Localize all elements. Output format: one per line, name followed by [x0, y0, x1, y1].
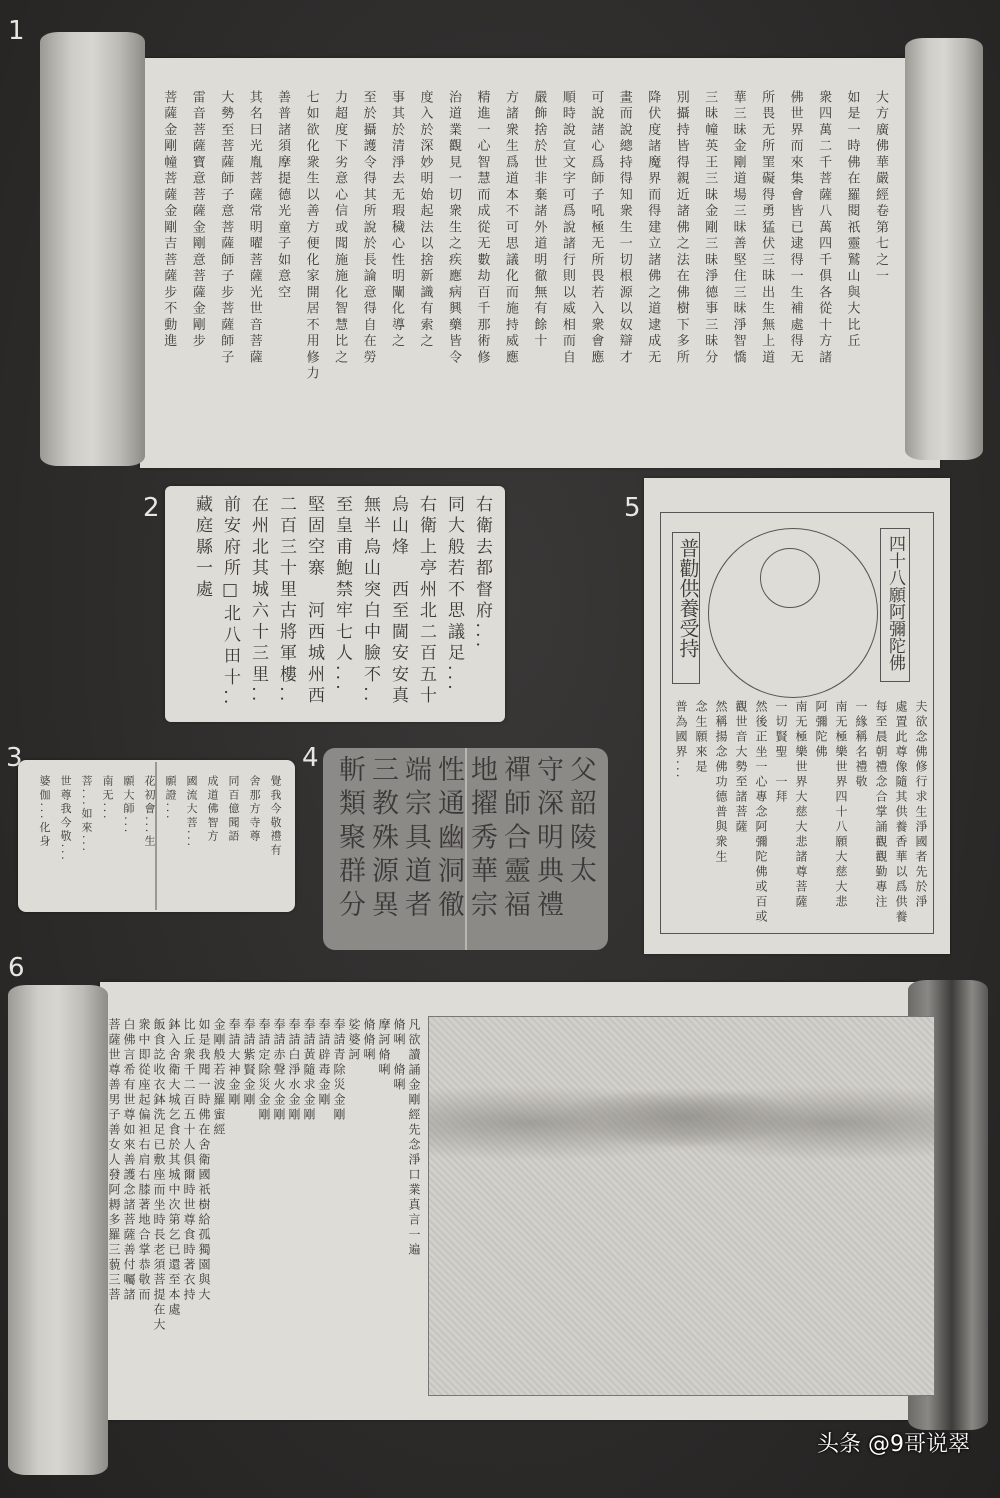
text-column: 世尊我今敬... [52, 775, 73, 900]
text-column: 念生願來是 [690, 700, 710, 925]
text-column: 奉請白淨水金剛 [288, 1018, 303, 1393]
watermark-platform: 头条 [817, 1432, 861, 1457]
watermark-handle: @9哥说翠 [868, 1432, 970, 1457]
text-column: 金剛般若波羅蜜經 [213, 1018, 228, 1393]
text-column: 願證... [157, 775, 178, 900]
text-column: 端宗具道者 [402, 755, 435, 940]
text-column: 大方廣佛華嚴經卷第七之一 [862, 90, 890, 430]
text-column: 如是一時佛在羅閱祇靈鷲山與大比丘 [833, 90, 861, 430]
text-column: 覺我今敬禮有 [262, 775, 283, 900]
scroll-1-text: 大方廣佛華嚴經卷第七之一如是一時佛在羅閱祇靈鷲山與大比丘衆四萬二千菩薩八萬四千俱… [150, 90, 890, 430]
scroll-1-right-roller [905, 38, 983, 460]
scroll-6-left-roller [8, 985, 108, 1475]
text-column: 可說諸心爲師子吼極无所畏若入衆會應 [577, 90, 605, 430]
text-column: 菩...如來... [73, 775, 94, 900]
text-column: 嚴飾捨於世非棄諸外道明徹無有餘十 [520, 90, 548, 430]
text-column: 華三昧金剛道場三昧善堅住三昧淨智憍 [719, 90, 747, 430]
text-column: 如是我聞一時佛在舍衛國祇樹給孤獨園與大 [198, 1018, 213, 1393]
specimen-number-4: 4 [302, 745, 319, 771]
text-column: 性通幽洞徹 [435, 755, 468, 940]
text-column: 藏庭縣一處 [187, 495, 215, 705]
specimen-number-5: 5 [624, 495, 641, 521]
scroll-1-left-roller [40, 32, 145, 466]
text-column: 一切賢聖 一拜 [770, 700, 790, 925]
text-column: 南无極樂世界大慈大悲諸尊菩薩 [790, 700, 810, 925]
text-column: 所畏无所罣礙得勇猛伏三昧出生無上道 [748, 90, 776, 430]
text-column: 前安府所□北八田十... [215, 495, 243, 705]
text-column: 衆中即從座起偏袒右肩右膝著地合掌恭敬而 [138, 1018, 153, 1393]
text-column: 衆四萬二千菩薩八萬四千俱各從十方諸 [805, 90, 833, 430]
watermark: 头条 @9哥说翠 [817, 1427, 970, 1458]
text-column: 烏山烽 西至閫安安真 [383, 495, 411, 705]
text-column: 然後正坐一心專念阿彌陀佛或百或千 [750, 700, 770, 925]
text-column: 奉請紫賢金剛 [243, 1018, 258, 1393]
text-column: 菩薩世尊善男子善女人發阿耨多羅三藐三菩 [108, 1018, 123, 1393]
text-column: 守深明典禮 [534, 755, 567, 940]
leaf-2-text: 右衛去都督府...同大般若不思議足...右衛上亭州北二百五十里烏山烽 西至閫安安… [180, 495, 495, 705]
text-column: 至皇甫鮑禁牢七人... [327, 495, 355, 705]
text-column: 菩薩金剛幢菩薩金剛吉菩薩步不動進 [150, 90, 178, 430]
text-column: 同大般若不思議足... [439, 495, 467, 705]
text-column: 畫而說總持得知衆生一切根源以奴辯才 [605, 90, 633, 430]
specimen-number-2: 2 [143, 495, 160, 521]
text-column: 南无... [94, 775, 115, 900]
text-column: 凡欲讀誦金剛經先念淨口業真言一遍 [408, 1018, 423, 1393]
text-column: 摩訶脩唎 [378, 1018, 393, 1393]
specimen-number-6: 6 [8, 955, 25, 981]
frontispiece-illustration [428, 1016, 935, 1396]
text-column: 普為國界... [670, 700, 690, 925]
text-column: 脩脩唎 [363, 1018, 378, 1393]
text-column: 七如欲化衆生以善方便化家開居不用修力 [292, 90, 320, 430]
text-column: 奉請辟毒金剛 [318, 1018, 333, 1393]
text-column: 地擢秀華宗 [468, 755, 501, 940]
buddha-halo [760, 548, 820, 608]
text-column: 觀世音大勢至諸菩薩 [730, 700, 750, 925]
text-column: 二百三十里古將軍樓... [271, 495, 299, 705]
text-column: 處置此尊像隨其供養香華以爲供養 [890, 700, 910, 925]
text-column: 三昧幢英王三昧金剛三昧淨德事三昧分 [691, 90, 719, 430]
text-column: 婆伽...化身 [31, 775, 52, 900]
text-column: 佛世界而來集會皆已逮得一生補處得无 [776, 90, 804, 430]
text-column: 鉢入舍衛大城乞食於其城中次第乞已還至本處 [168, 1018, 183, 1393]
text-column: 其名曰光胤菩薩常明曜菩薩光世音菩薩 [235, 90, 263, 430]
text-column: 奉請定除災金剛 [258, 1018, 273, 1393]
text-column: 精進一心智慧而成從无數劫百千那術修 [463, 90, 491, 430]
text-column: 一緣稱名禮敬 [850, 700, 870, 925]
text-column: 治道業觀見一切衆生之疾應病興藥皆令 [435, 90, 463, 430]
text-column: 南无極樂世界四十八願大慈大悲 [830, 700, 850, 925]
text-column: 成道佛智方 [199, 775, 220, 900]
text-column: 善普諸須摩提德光童子如意空 [264, 90, 292, 430]
scroll-6-text: 凡欲讀誦金剛經先念淨口業真言一遍脩唎 脩唎摩訶脩唎脩脩唎娑婆訶奉請青除災金剛奉請… [108, 1018, 423, 1393]
text-column: 國流大菩... [178, 775, 199, 900]
text-column: 奉請赤聲火金剛 [273, 1018, 288, 1393]
text-column: 斬類聚群分 [336, 755, 369, 940]
text-column: 比丘衆千二百五十人俱爾時世尊食時著衣持 [183, 1018, 198, 1393]
text-column: 度入於深妙明始起法以捨新識有索之 [406, 90, 434, 430]
text-column: 右衛上亭州北二百五十里 [411, 495, 439, 705]
text-column: 白佛言希有世尊如來善護念諸菩薩善付囑諸 [123, 1018, 138, 1393]
text-column: 舍那方寺尊 [241, 775, 262, 900]
text-column: 同百億聞語 [220, 775, 241, 900]
text-column: 方諸衆生爲道本不可思議化而施持威應 [491, 90, 519, 430]
text-column: 然稱揚念佛功德普與衆生 [710, 700, 730, 925]
text-column: 娑婆訶 [348, 1018, 363, 1393]
text-column: 每至晨朝禮念合掌誦觀觀勤專注 [870, 700, 890, 925]
text-column: 三教殊源異 [369, 755, 402, 940]
leaf-3-text: 覺我今敬禮有舍那方寺尊同百億聞語成道佛智方國流大菩...願證...花初會...生… [28, 775, 283, 900]
text-column: 在州北其城六十三里... [243, 495, 271, 705]
text-column: 事其於清淨去无瑕穢心性明闡化導之 [378, 90, 406, 430]
text-column: 別攝持皆得親近諸佛之法在佛樹下多所 [662, 90, 690, 430]
text-column: 大勢至菩薩師子意菩薩師子步菩薩師子 [207, 90, 235, 430]
text-column: 阿彌陀佛 [810, 700, 830, 925]
text-column: 降伏度諸魔界而得建立諸佛之道逮成无 [634, 90, 662, 430]
text-column: 父韶陵太 [567, 755, 600, 940]
text-column: 花初會...生 [136, 775, 157, 900]
text-column: 力超度下劣意心信或聞施施化智慧比之 [321, 90, 349, 430]
text-column: 至於攝護令得其所說於長論意得自在勞 [349, 90, 377, 430]
text-column: 右衛去都督府... [467, 495, 495, 705]
text-column: 奉請青除災金剛 [333, 1018, 348, 1393]
print-5-side-title-left: 普勸供養受持 [674, 538, 703, 683]
text-column: 堅固空寨 河西城州西北 [299, 495, 327, 705]
specimen-number-1: 1 [8, 18, 25, 44]
text-column: 奉請黃隨求金剛 [303, 1018, 318, 1393]
print-5-text: 夫欲念佛修行求生淨國者先於淨處置此尊像隨其供養香華以爲供養每至晨朝禮念合掌誦觀觀… [668, 700, 930, 925]
text-column: 夫欲念佛修行求生淨國者先於淨 [910, 700, 930, 925]
print-5-side-title-right: 四十八願阿彌陀佛 [883, 535, 908, 680]
text-column: 飯食訖收衣鉢洗足已敷座而坐時長老須菩提在大 [153, 1018, 168, 1393]
text-column: 順時說宣文字可爲說諸行則以威相而自 [548, 90, 576, 430]
text-column: 禪師合靈福 [501, 755, 534, 940]
text-column: 雷音菩薩寶意菩薩金剛意菩薩金剛步 [178, 90, 206, 430]
text-column: 脩唎 脩唎 [393, 1018, 408, 1393]
text-column: 願大師... [115, 775, 136, 900]
illustration-clouds [429, 1057, 934, 1167]
text-column: 無半烏山突白中臉不... [355, 495, 383, 705]
text-column: 奉請大神金剛 [228, 1018, 243, 1393]
rubbing-4-text: 父韶陵太守深明典禮禪師合靈福地擢秀華宗性通幽洞徹端宗具道者三教殊源異斬類聚群分 [335, 755, 600, 940]
